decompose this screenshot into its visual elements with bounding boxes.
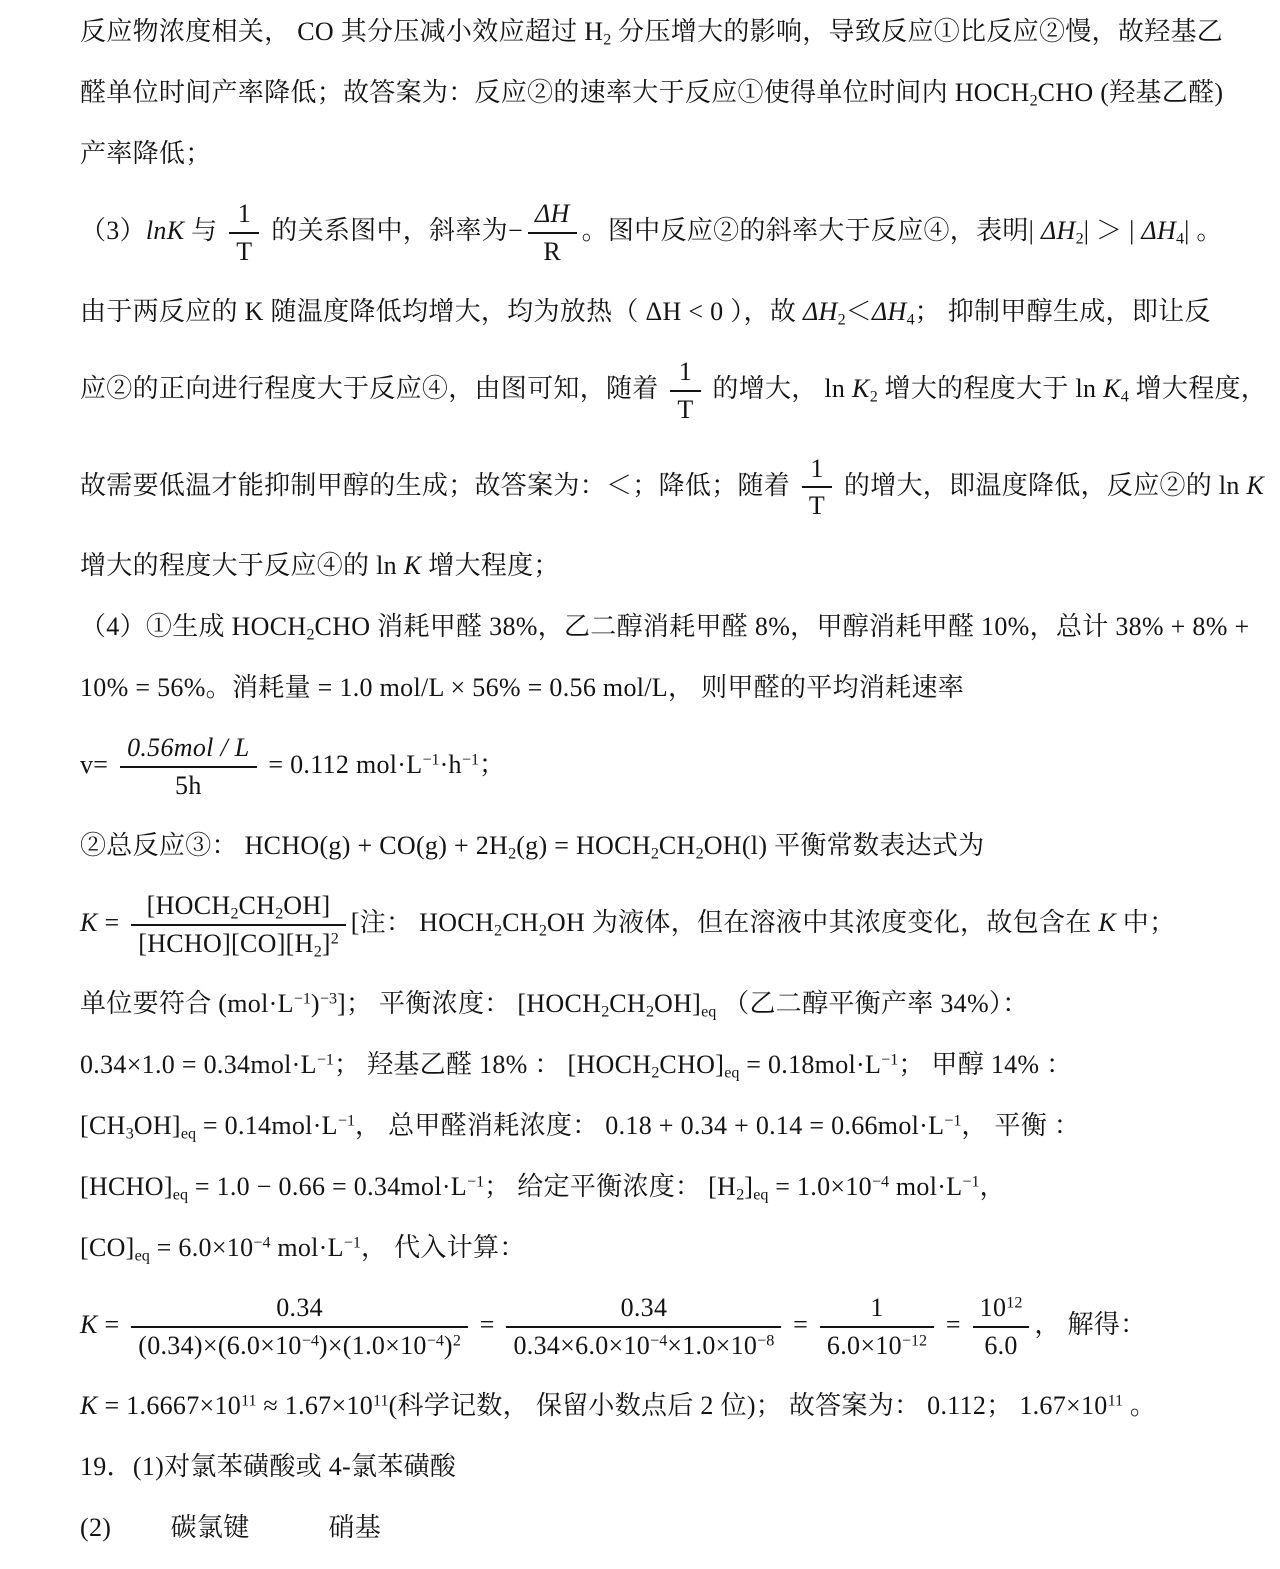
text-run: 增大的程度大于 ln [878,374,1103,403]
text-run: 的增大，即温度降低，反应②的 ln [837,470,1246,499]
text-line-18: [CO]eq = 6.0×10−4 mol·L−1， 代入计算： [80,1230,1220,1266]
text-line-22: (2) 碳氯键 硝基 [80,1510,1220,1546]
text-run: ·h [440,750,462,779]
text-run: ) [311,989,320,1018]
subscript: 4 [907,311,915,328]
text-run: 故需要低温才能抑制甲醇的生成；故答案为：＜；降低；随着 [80,470,797,499]
subscript: 2 [539,922,547,939]
fraction: 10126.0 [973,1293,1030,1361]
text-run: OH(l) 平衡常数表达式为 [704,831,985,860]
text-run: 10 [980,1293,1007,1322]
fraction-denominator: T [802,488,832,521]
subscript: eq [724,1064,739,1081]
text-run: R [543,237,561,266]
subscript: 4 [1176,230,1184,247]
superscript: −1 [422,752,439,769]
text-run: 6.0 [984,1331,1017,1360]
subscript: 2 [870,388,878,405]
text-run: | ＞ | [1084,216,1142,245]
text-run: ； 抑制甲醇生成，即让反 [915,297,1211,326]
fraction-numerator: 0.34 [506,1293,781,1328]
fraction-numerator: ΔH [528,199,577,234]
text-run: 。图中反应②的斜率大于反应④，表明| [582,216,1041,245]
text-run: 6.0×10 [827,1331,902,1360]
text-run: ； 羟基乙醛 18% ： [HOCH [334,1050,651,1079]
text-run: v= [80,750,115,779]
text-run: = 1.6667×10 [98,1391,241,1420]
document-page: 反应物浓度相关， CO 其分压减小效应超过 H2 分压增大的影响，导致反应①比反… [0,0,1280,1569]
text-line-13: K = [HOCH2CH2OH][HCHO][CO][H2]2[注： HOCH2… [80,889,1220,961]
text-run: ΔH [803,297,838,326]
fraction: 16.0×10−12 [820,1293,934,1361]
text-run: CH [609,989,646,1018]
text-run: 1 [870,1293,883,1322]
text-run: = 0.14mol·L [196,1111,338,1140]
fraction: 0.34(0.34)×(6.0×10−4)×(1.0×10−4)2 [131,1293,468,1361]
text-run: = [786,1310,815,1339]
text-run: CH [502,908,539,937]
text-run: CH [659,831,696,860]
text-run: K [1103,374,1121,403]
text-run: = 6.0×10 [150,1233,254,1262]
text-run: CHO (羟基乙醛) [1038,78,1224,107]
superscript: −1 [962,1174,979,1191]
text-run: = [473,1310,502,1339]
text-run: = 1.0 − 0.66 = 0.34mol·L [188,1172,467,1201]
superscript: −4 [302,1332,319,1349]
text-line-14: 单位要符合 (mol·L−1)−3]； 平衡浓度： [HOCH2CH2OH]eq… [80,986,1220,1022]
fraction: 1T [670,357,700,425]
text-run: K [80,908,98,937]
text-run: （乙二醇平衡产率 34%）： [716,989,1028,1018]
text-run: 1 [679,357,692,386]
text-run: 10% = 56%。消耗量 = 1.0 mol/L × 56% = 0.56 m… [80,673,964,702]
text-run: OH 为液体，但在溶液中其浓度变化，故包含在 [547,908,1098,937]
subscript: eq [181,1125,196,1142]
text-run: ＜ [846,297,872,326]
text-run: ， 解得： [1034,1310,1146,1339]
subscript: 2 [696,846,704,863]
superscript: −3 [320,991,337,1008]
text-run: 的增大， ln [706,374,852,403]
text-run: K [80,1391,98,1420]
text-run: 5h [175,771,202,800]
superscript: −1 [294,991,311,1008]
text-run: (2) 碳氯键 硝基 [80,1513,381,1542]
text-line-16: [CH3OH]eq = 0.14mol·L−1， 总甲醛消耗浓度： 0.18 +… [80,1108,1220,1144]
text-run: K [404,551,422,580]
text-run: 0.34×6.0×10 [513,1331,650,1360]
text-run: ； 给定平衡浓度： [H [484,1172,736,1201]
subscript: 2 [306,627,314,644]
superscript: −1 [344,1235,361,1252]
fraction-numerator: 1 [229,199,259,234]
fraction-numerator: 0.34 [131,1293,468,1328]
text-line-2: 醛单位时间产率降低；故答案为：反应②的速率大于反应①使得单位时间内 HOCH2C… [80,75,1220,111]
fraction-numerator: 1012 [973,1293,1030,1328]
text-run: 增大程度， [1129,374,1267,403]
text-run: ] [744,1172,753,1201]
text-run: 由于两反应的 K 随温度降低均增大，均为放热（ ΔH < 0 ），故 [80,297,803,326]
text-run: [HCHO] [80,1172,173,1201]
text-line-12: ②总反应③： HCHO(g) + CO(g) + 2H2(g) = HOCH2C… [80,828,1220,864]
fraction-denominator: 5h [120,768,256,801]
text-line-15: 0.34×1.0 = 0.34mol·L−1； 羟基乙醛 18% ： [HOCH… [80,1047,1220,1083]
superscript: −1 [462,752,479,769]
text-run: K [852,374,870,403]
fraction: [HOCH2CH2OH][HCHO][CO][H2]2 [131,891,346,959]
text-run: OH] [283,891,330,920]
text-run: 1 [238,199,251,228]
text-run: CH [239,891,276,920]
superscript: 11 [373,1392,389,1409]
superscript: −1 [338,1113,355,1130]
subscript: 2 [494,922,502,939]
text-run: ； [479,750,505,779]
fraction: 0.56mol / L5h [120,733,256,801]
fraction: 0.340.34×6.0×10−4×1.0×10−8 [506,1293,781,1361]
superscript: −1 [317,1052,334,1069]
text-run: 。 [1123,1391,1156,1420]
fraction-numerator: 1 [802,454,832,489]
text-run: ②总反应③： HCHO(g) + CO(g) + 2H [80,831,508,860]
text-run: （4）①生成 HOCH [80,612,306,641]
fraction-denominator: 0.34×6.0×10−4×1.0×10−8 [506,1328,781,1361]
text-run: ) [444,1331,453,1360]
text-run: 醛单位时间产率降低；故答案为：反应②的速率大于反应①使得单位时间内 HOCH [80,78,1030,107]
text-run: 19．(1)对氯苯磺酸或 4-氯苯磺酸 [80,1452,456,1481]
text-run: K [80,1310,98,1339]
subscript: 2 [1030,93,1038,110]
text-run: CHO] [659,1050,724,1079]
superscript: −1 [881,1052,898,1069]
text-run: [CH [80,1111,126,1140]
subscript: 2 [838,311,846,328]
text-run: = [98,1310,127,1339]
subscript: eq [135,1247,150,1264]
subscript: 2 [230,906,238,923]
text-line-11: v= 0.56mol / L5h = 0.112 mol·L−1·h−1； [80,731,1220,803]
superscript: 11 [1108,1392,1124,1409]
superscript: −4 [650,1332,667,1349]
fraction-numerator: [HOCH2CH2OH] [131,891,346,926]
text-run: T [809,491,825,520]
superscript: −8 [757,1332,774,1349]
fraction-denominator: T [229,234,259,267]
text-run: ΔH [872,297,907,326]
text-line-4: （3）lnK 与 1T 的关系图中，斜率为−ΔHR。图中反应②的斜率大于反应④，… [80,197,1220,269]
text-run: 反应物浓度相关， CO 其分压减小效应超过 H [80,17,603,46]
fraction-numerator: 1 [670,357,700,392]
text-line-3: 产率降低； [80,136,1220,172]
text-run: ]； 平衡浓度： [HOCH [337,989,601,1018]
subscript: 2 [651,846,659,863]
subscript: 2 [314,944,322,961]
text-run: 0.34×1.0 = 0.34mol·L [80,1050,317,1079]
fraction-denominator: 6.0 [973,1328,1030,1361]
text-run: 1 [810,454,823,483]
text-run: = [939,1310,968,1339]
subscript: eq [173,1186,188,1203]
superscript: 12 [1006,1295,1022,1312]
text-run: T [677,395,693,424]
superscript: 11 [241,1392,257,1409]
superscript: −4 [253,1235,270,1252]
superscript: −1 [944,1113,961,1130]
text-line-17: [HCHO]eq = 1.0 − 0.66 = 0.34mol·L−1； 给定平… [80,1169,1220,1205]
text-run: (0.34)×(6.0×10 [138,1331,302,1360]
text-run: [注： HOCH [351,908,494,937]
text-run: CHO 消耗甲醛 38%，乙二醇消耗甲醛 8%，甲醇消耗甲醛 10%，总计 38… [315,612,1250,641]
text-line-20: K = 1.6667×1011 ≈ 1.67×1011(科学记数， 保留小数点后… [80,1388,1220,1424]
text-run: 与 [184,216,224,245]
text-run: ΔH [1141,216,1176,245]
text-line-8: 增大的程度大于反应④的 ln K 增大程度； [80,548,1220,584]
text-run: mol·L [271,1233,344,1262]
document-body: 反应物浓度相关， CO 其分压减小效应超过 H2 分压增大的影响，导致反应①比反… [80,14,1220,1546]
text-run: 应②的正向进行程度大于反应④，由图可知，随着 [80,374,665,403]
superscript: −12 [902,1332,927,1349]
subscript: 2 [646,1003,654,1020]
superscript: −4 [427,1332,444,1349]
text-run: ΔH [535,199,570,228]
text-run: K [1247,470,1265,499]
fraction-numerator: 1 [820,1293,934,1328]
superscript: 2 [331,931,339,948]
text-run: = [98,908,127,937]
text-line-6: 应②的正向进行程度大于反应④，由图可知，随着 1T 的增大， ln K2 增大的… [80,355,1220,427]
fraction: ΔHR [528,199,577,267]
text-run: 0.56mol / L [127,733,249,762]
text-run: = 0.18mol·L [739,1050,881,1079]
text-run: 分压增大的影响，导致反应①比反应②慢，故羟基乙 [611,17,1223,46]
text-run: 产率降低； [80,139,212,168]
text-run: mol·L [889,1172,962,1201]
fraction-denominator: 6.0×10−12 [820,1328,934,1361]
text-run: ΔH [1041,216,1076,245]
subscript: 3 [126,1125,134,1142]
text-run: 增大的程度大于反应④的 ln [80,551,404,580]
text-run: OH] [654,989,701,1018]
text-run: | 。 [1184,216,1223,245]
text-run: = 0.112 mol·L [262,750,423,779]
text-run: ≈ 1.67×10 [257,1391,373,1420]
text-run: K [1098,908,1116,937]
fraction: 1T [802,454,832,522]
text-line-10: 10% = 56%。消耗量 = 1.0 mol/L × 56% = 0.56 m… [80,670,1220,706]
text-line-9: （4）①生成 HOCH2CHO 消耗甲醛 38%，乙二醇消耗甲醛 8%，甲醇消耗… [80,609,1220,645]
text-run: 单位要符合 (mol·L [80,989,294,1018]
superscript: −4 [872,1174,889,1191]
text-run: 中； [1116,908,1175,937]
text-line-7: 故需要低温才能抑制甲醇的生成；故答案为：＜；降低；随着 1T 的增大，即温度降低… [80,452,1220,524]
text-line-5: 由于两反应的 K 随温度降低均增大，均为放热（ ΔH < 0 ），故 ΔH2＜Δ… [80,294,1220,330]
text-line-19: K = 0.34(0.34)×(6.0×10−4)×(1.0×10−4)2 = … [80,1291,1220,1363]
fraction-denominator: (0.34)×(6.0×10−4)×(1.0×10−4)2 [131,1328,468,1361]
text-line-21: 19．(1)对氯苯磺酸或 4-氯苯磺酸 [80,1449,1220,1485]
text-run: 0.34 [621,1293,668,1322]
text-run: T [236,237,252,266]
text-run: 增大程度； [421,551,559,580]
fraction-denominator: [HCHO][CO][H2]2 [131,926,346,959]
fraction-denominator: R [528,234,577,267]
text-run: [HOCH [147,891,231,920]
text-run: 0.34 [276,1293,323,1322]
text-run: OH] [134,1111,181,1140]
text-run: )×(1.0×10 [319,1331,427,1360]
subscript: 4 [1121,388,1129,405]
superscript: −1 [467,1174,484,1191]
text-line-1: 反应物浓度相关， CO 其分压减小效应超过 H2 分压增大的影响，导致反应①比反… [80,14,1220,50]
subscript: eq [701,1003,716,1020]
text-run: ， 平衡 ： [961,1111,1080,1140]
subscript: eq [753,1186,768,1203]
subscript: 2 [508,846,516,863]
text-run: ， 总甲醛消耗浓度： 0.18 + 0.34 + 0.14 = 0.66mol·… [355,1111,944,1140]
text-run: ×1.0×10 [667,1331,757,1360]
text-run: ] [322,929,331,958]
text-run: [CO] [80,1233,135,1262]
text-run: ， 代入计算： [361,1233,526,1262]
text-run: [HCHO][CO][H [138,929,313,958]
text-run: (g) = HOCH [516,831,651,860]
text-run: lnK [146,216,184,245]
text-run: 的关系图中，斜率为− [264,216,522,245]
text-run: ， [980,1172,1006,1201]
subscript: 2 [1076,230,1084,247]
fraction: 1T [229,199,259,267]
text-run: ； 甲醇 14% ： [898,1050,1072,1079]
superscript: 2 [453,1332,461,1349]
fraction-denominator: T [670,392,700,425]
text-run: = 1.0×10 [768,1172,872,1201]
fraction-numerator: 0.56mol / L [120,733,256,768]
text-run: （3） [80,216,146,245]
text-run: (科学记数， 保留小数点后 2 位)； 故答案为： 0.112； 1.67×10 [389,1391,1108,1420]
